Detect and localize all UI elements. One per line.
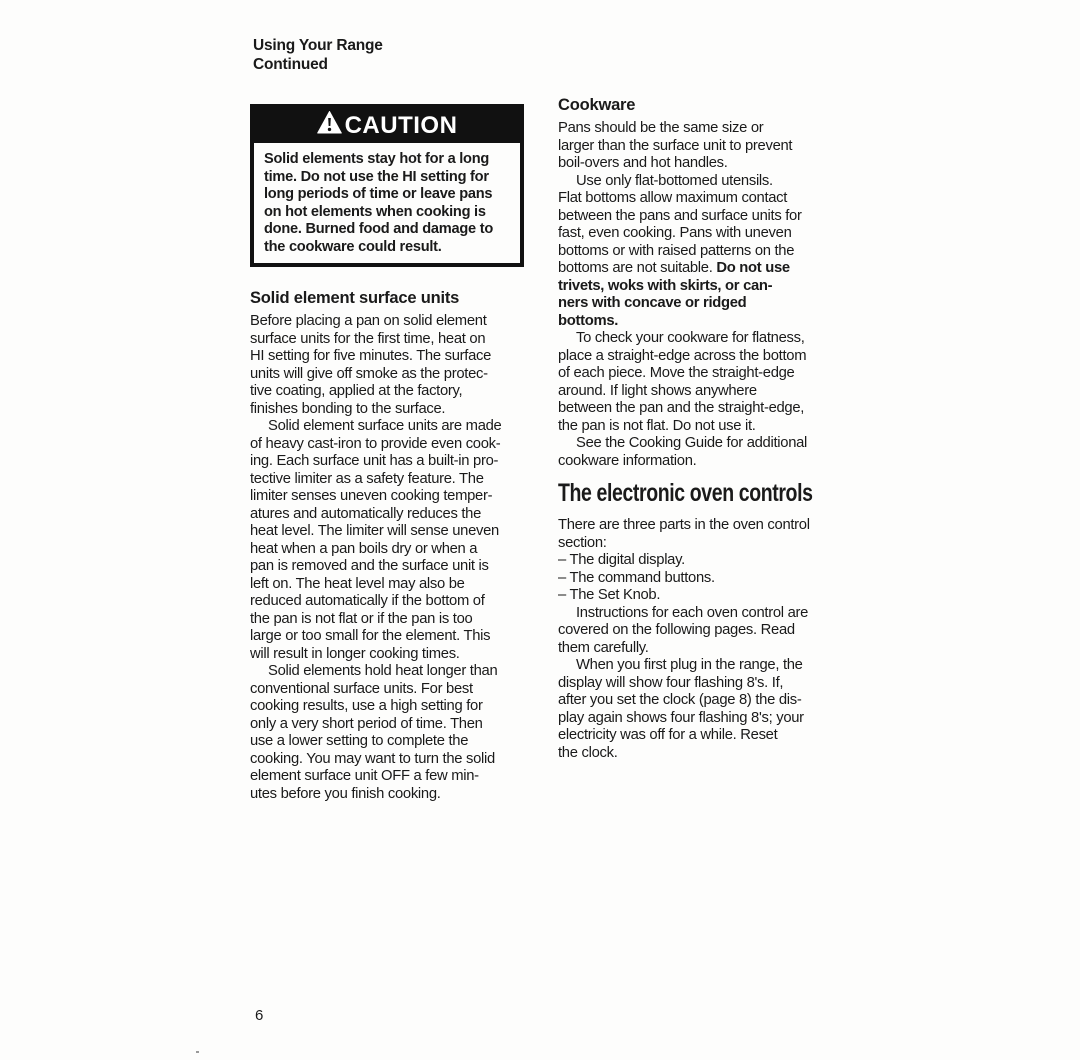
paragraph-oven-instructions: Instructions for each oven control are c… xyxy=(558,605,843,658)
caution-title: CAUTION xyxy=(345,112,458,140)
caution-body-text: Solid elements stay hot for a long time.… xyxy=(254,143,520,263)
paragraph-cookware-1: Pans should be the same size or larger t… xyxy=(558,120,843,173)
paragraph-surface-units-2: Solid element surface units are made of … xyxy=(250,418,532,663)
warning-triangle-icon xyxy=(317,111,342,139)
left-column: CAUTION Solid elements stay hot for a lo… xyxy=(250,104,532,803)
heading-electronic-oven-controls: The electronic oven controls xyxy=(558,479,780,508)
scan-speck xyxy=(196,1051,199,1053)
caution-box: CAUTION Solid elements stay hot for a lo… xyxy=(250,104,524,267)
page-header-continued: Continued xyxy=(253,55,383,74)
paragraph-cookware-2-bold: trivets, woks with skirts, or can- ners … xyxy=(558,278,843,331)
heading-solid-element-surface-units: Solid element surface units xyxy=(250,289,532,308)
oven-controls-body: There are three parts in the oven contro… xyxy=(558,517,843,762)
page-header-title: Using Your Range xyxy=(253,36,383,55)
paragraph-cookware-3: To check your cookware for flatness, pla… xyxy=(558,330,843,435)
heading-cookware: Cookware xyxy=(558,96,843,115)
paragraph-oven-intro: There are three parts in the oven contro… xyxy=(558,517,843,552)
left-column-body: Before placing a pan on solid element su… xyxy=(250,313,532,803)
paragraph-oven-plug-in: When you first plug in the range, the di… xyxy=(558,657,843,762)
right-column: Cookware Pans should be the same size or… xyxy=(558,96,843,762)
caution-header: CAUTION xyxy=(254,108,520,143)
oven-list-item-command-buttons: – The command buttons. xyxy=(558,570,843,588)
cookware-body: Pans should be the same size or larger t… xyxy=(558,120,843,470)
oven-list-item-set-knob: – The Set Knob. xyxy=(558,587,843,605)
manual-page: Using Your RangeContinued CAUTION Solid … xyxy=(0,0,1080,1060)
mixed-line-normal-part: bottoms are not suitable. xyxy=(558,260,716,276)
paragraph-cookware-4: See the Cooking Guide for additional coo… xyxy=(558,435,843,470)
page-number: 6 xyxy=(255,1007,263,1024)
paragraph-cookware-2-mixed: bottoms are not suitable. Do not use xyxy=(558,260,843,278)
mixed-line-bold-part: Do not use xyxy=(716,260,789,276)
paragraph-cookware-2-normal: Use only flat-bottomed utensils. Flat bo… xyxy=(558,173,843,261)
oven-list-item-digital-display: – The digital display. xyxy=(558,552,843,570)
paragraph-surface-units-1: Before placing a pan on solid element su… xyxy=(250,313,532,418)
paragraph-surface-units-3: Solid elements hold heat longer than con… xyxy=(250,663,532,803)
page-header: Using Your RangeContinued xyxy=(253,36,383,74)
